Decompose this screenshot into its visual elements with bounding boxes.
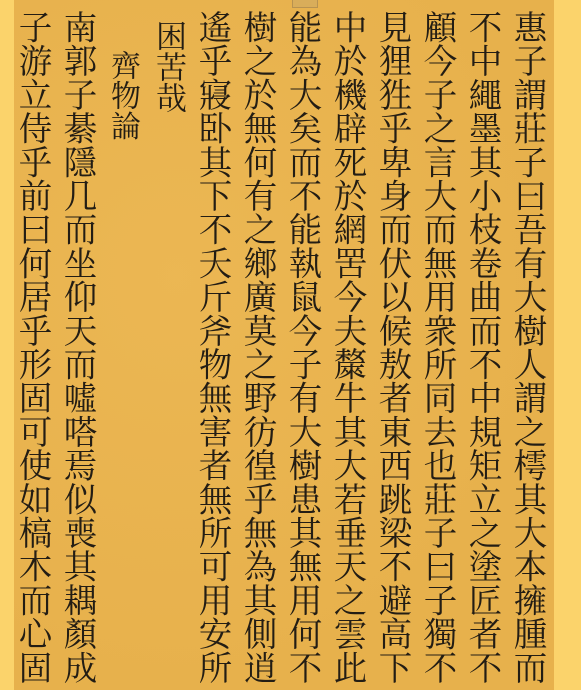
seal-mark <box>292 0 318 8</box>
text-column-5: 中於機辟死於網罟今夫斄牛其大若垂天之雲此 <box>325 10 370 690</box>
text-column-12: 子游立侍乎前曰何居乎形固可使如槁木而心固 <box>10 10 55 690</box>
text-column-3: 顧今子之言大而無用衆所同去也莊子曰子獨不 <box>415 10 460 690</box>
chapter-end-column: 困苦哉 <box>145 10 190 690</box>
text-column-8: 遙乎寢卧其下不夭斤斧物無害者無所可用安所 <box>190 10 235 690</box>
text-column-11: 南郭子綦隱几而坐仰天而噓嗒焉似喪其耦顏成 <box>55 10 100 690</box>
manuscript-page: 惠子謂莊子曰吾有大樹人謂之樗其大本擁腫而 不中繩墨其小枝卷曲而不中規矩立之塗匠者… <box>14 0 554 690</box>
text-column-4: 見狸狌乎卑身而伏以候敖者東西跳梁不避高下 <box>370 10 415 690</box>
chapter-title-qiwulun: 齊物論 <box>100 10 145 690</box>
text-column-1: 惠子謂莊子曰吾有大樹人謂之樗其大本擁腫而 <box>505 10 550 690</box>
text-column-2: 不中繩墨其小枝卷曲而不中規矩立之塗匠者不 <box>460 10 505 690</box>
text-column-7: 樹之於無何有之鄉廣莫之野彷徨乎無為其側逍 <box>235 10 280 690</box>
text-columns: 惠子謂莊子曰吾有大樹人謂之樗其大本擁腫而 不中繩墨其小枝卷曲而不中規矩立之塗匠者… <box>10 10 550 690</box>
text-column-6: 能為大矣而不能執鼠今子有大樹患其無用何不 <box>280 10 325 690</box>
